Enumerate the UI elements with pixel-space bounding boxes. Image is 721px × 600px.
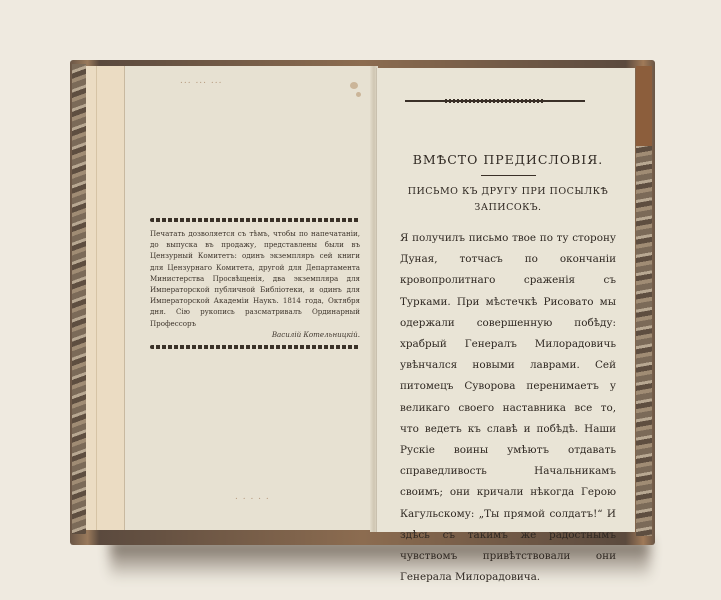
- chapter-subtitle: ПИСЬМО КЪ ДРУГУ ПРИ ПОСЫЛКѢ ЗАПИСОКЪ.: [400, 184, 616, 216]
- chapter-title: ВМѢСТО ПРЕДИСЛОВІЯ.: [400, 152, 616, 167]
- decorative-rule-top: [150, 218, 360, 222]
- decorative-rule-header: [405, 100, 585, 102]
- imprimatur-text: Печатать дозволяется съ тѣмъ, чтобы по н…: [150, 228, 360, 329]
- handwritten-note: ... ... ...: [180, 76, 222, 86]
- ink-stain: [356, 92, 361, 97]
- decorative-rule-bottom: [150, 345, 360, 349]
- right-page-content: ВМѢСТО ПРЕДИСЛОВІЯ. ПИСЬМО КЪ ДРУГУ ПРИ …: [400, 100, 616, 588]
- title-divider: [481, 175, 536, 176]
- flyleaf-strip: [86, 66, 125, 530]
- imprimatur-block: Печатать дозволяется съ тѣмъ, чтобы по н…: [150, 218, 360, 355]
- ink-stain: [350, 82, 358, 89]
- handwritten-mark-bottom: . . . . .: [235, 492, 270, 502]
- marbled-cover-right-edge: [636, 66, 652, 536]
- marbled-cover-left-edge: [72, 64, 86, 534]
- body-text: Я получилъ письмо твое по ту сторону Дун…: [400, 228, 616, 588]
- censor-signature: Василій Котельницкій.: [150, 330, 360, 339]
